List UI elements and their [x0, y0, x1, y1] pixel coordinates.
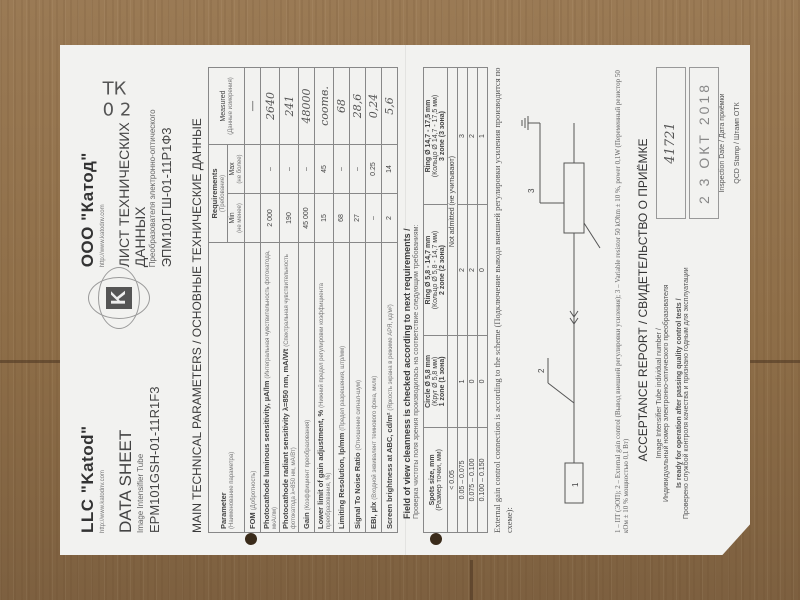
spot-cell: 1 — [458, 336, 468, 428]
schematic-label-1: 1 — [571, 482, 580, 487]
param-max: 45 — [315, 145, 334, 194]
param-measured: соотв. — [315, 68, 334, 145]
param-name: Lower limit of gain adjustment, % (Нижни… — [315, 243, 334, 533]
datasheet-paper: LLC "Katod" http://www.katodnv.com DATA … — [60, 45, 750, 555]
param-name: FOM (Добротность) — [245, 243, 261, 533]
external-gain-text: External gain control connection is acco… — [492, 67, 516, 533]
param-min: 68 — [334, 194, 350, 243]
param-min: 15 — [315, 194, 334, 243]
spot-cell: 0.05 – 0.075 — [458, 427, 468, 532]
brand-en: LLC "Katod" http://www.katodnv.com DATA … — [78, 333, 162, 533]
table-row: Gain (Коэффициент преобразования)45 000–… — [299, 68, 315, 533]
param-name: EBI, µlx (Входной эквивалент темнового ф… — [366, 243, 382, 533]
param-max: – — [334, 145, 350, 194]
acceptance-title: ACCEPTANCE REPORT / СВИДЕТЕЛЬСТВО О ПРИЁ… — [636, 67, 650, 533]
model-ru: ЭПМ101ГШ-01-11Р1Ф3 — [159, 67, 174, 267]
inspection-date-label: Inspection Date / Дата приёмки — [719, 67, 726, 219]
param-measured: — — [245, 68, 261, 145]
ready-label: Is ready for operation after passing qua… — [676, 253, 683, 533]
param-max: 0.25 — [366, 145, 382, 194]
spots-col-header: Spots size, mm(Размер точки, мм) — [424, 427, 448, 532]
inspection-date-box: 2 3 ОКТ 2018 — [689, 67, 719, 219]
table-row: 0.075 – 0.100022 — [468, 68, 478, 533]
model-en: EPM101GSH-01-11R1F3 — [147, 333, 162, 533]
table-row: EBI, µlx (Входной эквивалент темнового ф… — [366, 68, 382, 533]
param-measured: 241 — [280, 68, 299, 145]
floor-seam — [470, 560, 473, 600]
spot-cell: 1 — [478, 68, 488, 205]
table-row: 0.100 – 0.150001 — [478, 68, 488, 533]
spot-cell: 0 — [478, 336, 488, 428]
spot-cell: 2 — [468, 68, 478, 205]
schematic-label-2: 2 — [537, 368, 546, 373]
schematic-label-3: 3 — [527, 188, 536, 193]
table-row: 0.05 – 0.075123 — [458, 68, 468, 533]
spot-cell: 2 — [458, 205, 468, 336]
ready-label-ru: Проверено службой контроля качества и пр… — [683, 253, 690, 533]
signature-line: Signature / Подпись — [763, 67, 770, 533]
table-row: FOM (Добротность)— — [245, 68, 261, 533]
col-parameter: Parameter (Наименование параметра) — [209, 243, 245, 533]
param-measured: 68 — [334, 68, 350, 145]
inspection-date: 2 3 ОКТ 2018 — [696, 82, 712, 204]
col-min: Min(не менее) — [228, 194, 245, 243]
spots-col-header: Circle Ø 5,8 mm(Круг Ø 5,8 мм)1 zone (1 … — [424, 336, 448, 428]
serial-number-box: 41721 — [656, 67, 686, 219]
spots-col-header: Ring Ø 5,8 - 14,7 mm(Кольцо Ø 5,8 - 14,7… — [424, 205, 448, 336]
param-name: Screen brightness at ABC, cd/m² (Яркость… — [382, 243, 398, 533]
param-name: Photocathode luminous sensitivity, µA/lm… — [261, 243, 280, 533]
param-min: 2 000 — [261, 194, 280, 243]
spots-col-header: Ring Ø 14,7 - 17,5 mm(Кольцо Ø 14,7 - 17… — [424, 68, 448, 205]
schematic-legend: 1 – IIT (ЭОП); 2 – External gain control… — [614, 67, 630, 533]
param-name: Photocathode radiant sensitivity λ=850 n… — [280, 243, 299, 533]
param-measured: 5,6 — [382, 68, 398, 145]
spot-cell: 0 — [468, 336, 478, 428]
main-params-heading: MAIN TECHNICAL PARAMETERS / ОСНОВНЫЕ ТЕХ… — [190, 67, 204, 533]
table-row: < 0.05Not admitted (не учитывают) — [448, 68, 458, 533]
spots-table: Spots size, mm(Размер точки, мм)Circle Ø… — [423, 67, 488, 533]
spot-cell: 0 — [478, 205, 488, 336]
serial-label-ru: Индивидуальный номер электронно-оптическ… — [663, 253, 670, 533]
param-max — [245, 145, 261, 194]
punch-hole — [245, 533, 257, 545]
param-min: 190 — [280, 194, 299, 243]
qcd-stamp-mark: ТК 0 2 — [103, 78, 132, 120]
spot-cell: 2 — [468, 205, 478, 336]
document-header: LLC "Katod" http://www.katodnv.com DATA … — [78, 67, 190, 533]
param-measured: 28,6 — [350, 68, 366, 145]
param-min: – — [366, 194, 382, 243]
company-name-en: LLC "Katod" — [78, 333, 98, 533]
table-row: Lower limit of gain adjustment, % (Нижни… — [315, 68, 334, 533]
acceptance-fields: Image Intensifier Tube individual number… — [656, 67, 741, 533]
gain-control-schematic: 1 2 3 — [520, 67, 610, 533]
table-row: Photocathode radiant sensitivity λ=850 n… — [280, 68, 299, 533]
company-url: http://www.katodnv.com — [100, 333, 106, 533]
param-name: Signal To Noise Ratio (Отношение сигнал-… — [350, 243, 366, 533]
serial-label: Image Intensifier Tube individual number… — [656, 253, 663, 533]
param-min: 27 — [350, 194, 366, 243]
col-measured: Measured (Данные измерения) — [209, 68, 245, 145]
param-max: – — [350, 145, 366, 194]
param-max: – — [261, 145, 280, 194]
spot-note: Not admitted (не учитывают) — [448, 68, 458, 336]
col-max: Max(не более) — [228, 145, 245, 194]
table-row: Photocathode luminous sensitivity, µA/lm… — [261, 68, 280, 533]
spot-cell: 0.100 – 0.150 — [478, 427, 488, 532]
param-max: – — [280, 145, 299, 194]
spot-cell: 3 — [458, 68, 468, 205]
param-min: 2 — [382, 194, 398, 243]
param-measured: 0,24 — [366, 68, 382, 145]
fov-heading-ru: Проверка чистоты поля зрения производила… — [413, 67, 420, 519]
subtitle-en: Image Intensifier Tube — [136, 333, 145, 533]
param-max: – — [299, 145, 315, 194]
col-requirements: Requirements (Требование) — [209, 145, 228, 243]
table-row: Screen brightness at ABC, cd/m² (Яркость… — [382, 68, 398, 533]
param-measured: 2640 — [261, 68, 280, 145]
serial-number: 41721 — [663, 122, 678, 163]
param-min — [245, 194, 261, 243]
spot-cell: 0.075 – 0.100 — [468, 427, 478, 532]
param-name: Limiting Resolution, lp/mm (Предел разре… — [334, 243, 350, 533]
subtitle-ru: Преобразователя электронно-оптического — [148, 67, 157, 267]
stamp-label: QCD Stamp / Штамп ОТК — [734, 67, 741, 219]
punch-hole — [430, 533, 442, 545]
fov-heading: Field of view cleanness is checked accor… — [402, 67, 412, 519]
param-min: 45 000 — [299, 194, 315, 243]
param-measured: 48000 — [299, 68, 315, 145]
signature-label: Signature / Подпись — [763, 464, 770, 533]
signature-scribble-icon — [749, 383, 775, 443]
params-table: Parameter (Наименование параметра) Requi… — [208, 67, 398, 533]
company-name-ru: ООО "Катод" — [78, 67, 98, 267]
katod-logo-icon: K — [84, 267, 154, 332]
param-name: Gain (Коэффициент преобразования) — [299, 243, 315, 533]
table-row: Signal To Noise Ratio (Отношение сигнал-… — [350, 68, 366, 533]
title-en: DATA SHEET — [116, 333, 136, 533]
spot-size: < 0.05 — [448, 427, 458, 532]
table-row: Limiting Resolution, lp/mm (Предел разре… — [334, 68, 350, 533]
param-max: 14 — [382, 145, 398, 194]
